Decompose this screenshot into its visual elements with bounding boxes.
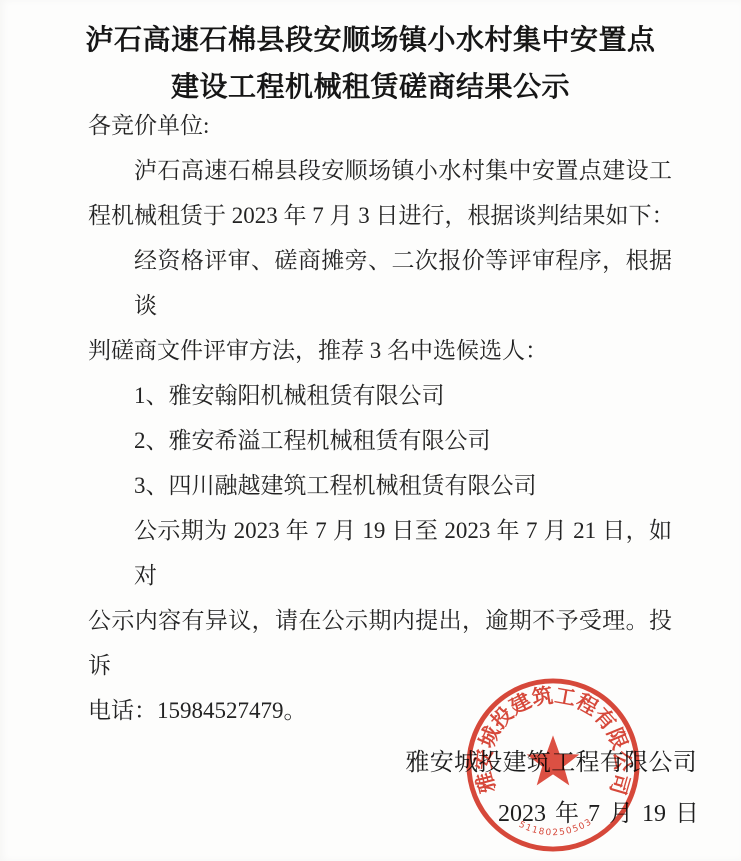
document-body: 各竞价单位: 泸石高速石棉县段安顺场镇小水村集中安置点建设工 程机械租赁于 20… <box>88 103 672 733</box>
candidate-item-1: 1、雅安翰阳机械租赁有限公司 <box>88 373 672 418</box>
title-line-1: 泸石高速石棉县段安顺场镇小水村集中安置点 <box>0 17 741 64</box>
paragraph-procedure-line-1: 经资格评审、磋商摊旁、二次报价等评审程序，根据谈 <box>88 238 672 328</box>
salutation: 各竞价单位: <box>88 103 672 148</box>
candidate-item-3: 3、四川融越建筑工程机械租赁有限公司 <box>88 463 672 508</box>
paragraph-notice-line-2: 公示内容有异议，请在公示期内提出，逾期不予受理。投诉 <box>88 598 672 688</box>
paragraph-notice-line-1: 公示期为 2023 年 7 月 19 日至 2023 年 7 月 21 日，如对 <box>88 508 672 598</box>
paragraph-intro-line-2: 程机械租赁于 2023 年 7 月 3 日进行，根据谈判结果如下： <box>88 193 672 238</box>
signature-company: 雅安城投建筑工程有限公司 <box>405 742 697 777</box>
paragraph-procedure-line-2: 判磋商文件评审方法，推荐 3 名中选候选人： <box>88 328 672 373</box>
paragraph-intro-line-1: 泸石高速石棉县段安顺场镇小水村集中安置点建设工 <box>88 148 672 193</box>
document-page: 泸石高速石棉县段安顺场镇小水村集中安置点 建设工程机械租赁磋商结果公示 各竞价单… <box>0 0 741 861</box>
paragraph-notice-line-3: 电话：15984527479。 <box>88 688 672 733</box>
candidate-item-2: 2、雅安希溢工程机械租赁有限公司 <box>88 418 672 463</box>
document-title: 泸石高速石棉县段安顺场镇小水村集中安置点 建设工程机械租赁磋商结果公示 <box>0 17 741 111</box>
signature-date: 2023 年 7 月 19 日 <box>498 793 699 828</box>
